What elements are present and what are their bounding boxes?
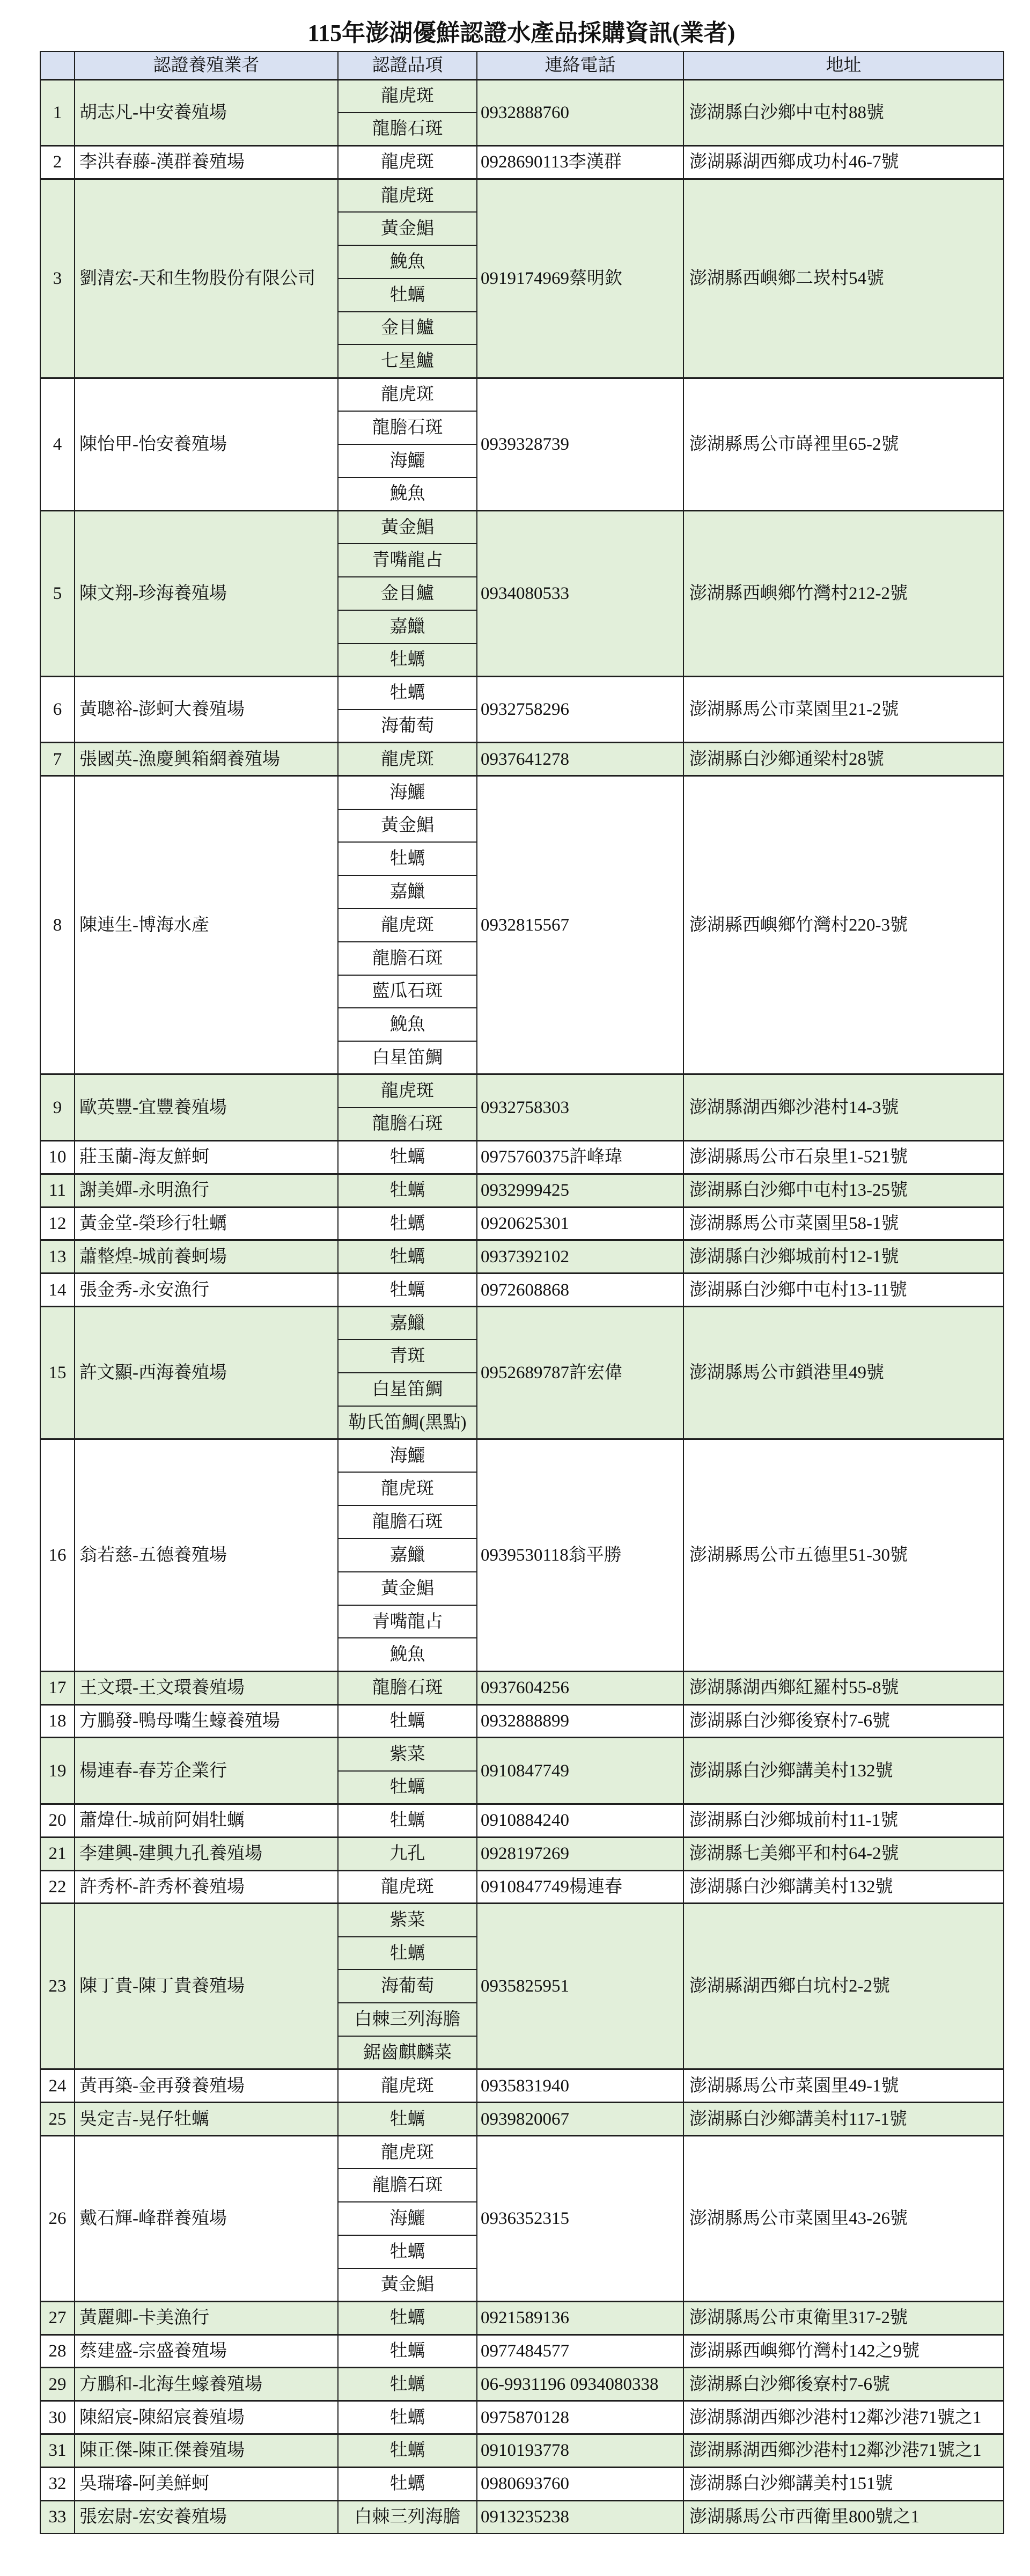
address: 澎湖縣白沙鄉城前村11-1號: [683, 1804, 1004, 1837]
address: 澎湖縣西嶼鄉竹灣村220-3號: [683, 776, 1004, 1074]
table-header: 認證養殖業者 認證品項 連絡電話 地址: [40, 52, 1004, 79]
row-number: 12: [40, 1207, 75, 1240]
table-row: 5陳文翔-珍海養殖場黃金鯧0934080533澎湖縣西嶼鄉竹灣村212-2號: [40, 510, 1004, 544]
table-row: 7張國英-漁慶興箱網養殖場龍虎斑0937641278澎湖縣白沙鄉通梁村28號: [40, 743, 1004, 776]
contact-phone: 0921589136: [477, 2301, 683, 2334]
table-row: 16翁若慈-五德養殖場海鱺0939530118翁平勝澎湖縣馬公市五德里51-30…: [40, 1439, 1004, 1473]
address: 澎湖縣湖西鄉沙港村14-3號: [683, 1074, 1004, 1141]
header-farmer: 認證養殖業者: [75, 52, 338, 79]
row-number: 24: [40, 2069, 75, 2103]
farmer-name: 許文顯-西海養殖場: [75, 1306, 338, 1439]
certified-item: 龍虎斑: [338, 743, 477, 776]
row-number: 4: [40, 378, 75, 510]
certified-item: 牡蠣: [338, 2401, 477, 2434]
contact-phone: 0934080533: [477, 510, 683, 676]
certified-item: 白棘三列海膽: [338, 2500, 477, 2534]
certified-item: 紫菜: [338, 1904, 477, 1937]
farmer-name: 陳怡甲-怡安養殖場: [75, 378, 338, 510]
certified-item: 白棘三列海膽: [338, 2003, 477, 2036]
table-row: 3劉清宏-天和生物股份有限公司龍虎斑0919174969蔡明欽澎湖縣西嶼鄉二崁村…: [40, 179, 1004, 212]
contact-phone: 0975760375許峰瑋: [477, 1141, 683, 1174]
certified-item: 金目鱸: [338, 577, 477, 610]
contact-phone: 0980693760: [477, 2467, 683, 2500]
farmer-name: 方鵬發-鴨母嘴生蠔養殖場: [75, 1704, 338, 1738]
address: 澎湖縣西嶼鄉竹灣村212-2號: [683, 510, 1004, 676]
table-row: 18方鵬發-鴨母嘴生蠔養殖場牡蠣0932888899澎湖縣白沙鄉後寮村7-6號: [40, 1704, 1004, 1738]
address: 澎湖縣白沙鄉中屯村13-11號: [683, 1274, 1004, 1307]
certified-item: 龍虎斑: [338, 79, 477, 113]
contact-phone: 0939820067: [477, 2103, 683, 2136]
certified-item: 牡蠣: [338, 1804, 477, 1837]
certified-item: 嘉鱲: [338, 875, 477, 909]
certified-item: 龍虎斑: [338, 378, 477, 411]
contact-phone: 0937604256: [477, 1671, 683, 1704]
contact-phone: 0932758303: [477, 1074, 683, 1141]
certified-item: 黃金鯧: [338, 510, 477, 544]
row-number: 6: [40, 676, 75, 743]
table-row: 29方鵬和-北海生蠔養殖場牡蠣06-9931196 0934080338澎湖縣白…: [40, 2368, 1004, 2401]
farmer-name: 陳紹宸-陳紹宸養殖場: [75, 2401, 338, 2434]
table-row: 24黃再築-金再發養殖場龍虎斑0935831940澎湖縣馬公市菜園里49-1號: [40, 2069, 1004, 2103]
address: 澎湖縣馬公市菜園里21-2號: [683, 676, 1004, 743]
farmer-name: 陳連生-博海水產: [75, 776, 338, 1074]
certified-item: 龍虎斑: [338, 2135, 477, 2169]
contact-phone: 0936352315: [477, 2135, 683, 2301]
certified-item: 牡蠣: [338, 2301, 477, 2334]
address: 澎湖縣七美鄉平和村64-2號: [683, 1837, 1004, 1870]
address: 澎湖縣白沙鄉講美村117-1號: [683, 2103, 1004, 2136]
certified-item: 龍膽石斑: [338, 113, 477, 146]
table-row: 28蔡建盛-宗盛養殖場牡蠣0977484577澎湖縣西嶼鄉竹灣村142之9號: [40, 2334, 1004, 2368]
table-row: 19楊連春-春芳企業行紫菜0910847749澎湖縣白沙鄉講美村132號: [40, 1738, 1004, 1771]
farmer-name: 翁若慈-五德養殖場: [75, 1439, 338, 1672]
farmer-name: 李建興-建興九孔養殖場: [75, 1837, 338, 1870]
page-title: 115年澎湖優鮮認證水產品採購資訊(業者): [40, 19, 1003, 47]
contact-phone: 0920625301: [477, 1207, 683, 1240]
certified-item: 牡蠣: [338, 842, 477, 875]
table-row: 13蕭整煌-城前養蚵場牡蠣0937392102澎湖縣白沙鄉城前村12-1號: [40, 1240, 1004, 1274]
certified-item: 藍瓜石斑: [338, 975, 477, 1008]
address: 澎湖縣湖西鄉沙港村12鄰沙港71號之1: [683, 2434, 1004, 2468]
farmer-name: 歐英豐-宜豐養殖場: [75, 1074, 338, 1141]
row-number: 20: [40, 1804, 75, 1837]
row-number: 14: [40, 1274, 75, 1307]
certified-item: 鮸魚: [338, 1008, 477, 1041]
table-row: 31陳正傑-陳正傑養殖場牡蠣0910193778澎湖縣湖西鄉沙港村12鄰沙港71…: [40, 2434, 1004, 2468]
table-row: 25吳定吉-晃仔牡蠣牡蠣0939820067澎湖縣白沙鄉講美村117-1號: [40, 2103, 1004, 2136]
certified-item: 海鱺: [338, 444, 477, 478]
certified-item: 牡蠣: [338, 2103, 477, 2136]
table-row: 2李洪春藤-漢群養殖場龍虎斑0928690113李漢群澎湖縣湖西鄉成功村46-7…: [40, 146, 1004, 179]
row-number: 7: [40, 743, 75, 776]
contact-phone: 0939530118翁平勝: [477, 1439, 683, 1672]
contact-phone: 0910847749楊連春: [477, 1870, 683, 1904]
row-number: 9: [40, 1074, 75, 1141]
table-row: 33張宏尉-宏安養殖場白棘三列海膽0913235238澎湖縣馬公市西衛里800號…: [40, 2500, 1004, 2534]
table-row: 30陳紹宸-陳紹宸養殖場牡蠣0975870128澎湖縣湖西鄉沙港村12鄰沙港71…: [40, 2401, 1004, 2434]
certified-item: 龍膽石斑: [338, 2169, 477, 2202]
table-row: 17王文環-王文環養殖場龍膽石斑0937604256澎湖縣湖西鄉紅羅村55-8號: [40, 1671, 1004, 1704]
farmer-name: 黃再築-金再發養殖場: [75, 2069, 338, 2103]
row-number: 18: [40, 1704, 75, 1738]
address: 澎湖縣白沙鄉後寮村7-6號: [683, 2368, 1004, 2401]
address: 澎湖縣馬公市五德里51-30號: [683, 1439, 1004, 1672]
certified-item: 牡蠣: [338, 2334, 477, 2368]
row-number: 17: [40, 1671, 75, 1704]
farmer-name: 楊連春-春芳企業行: [75, 1738, 338, 1804]
address: 澎湖縣馬公市西衛里800號之1: [683, 2500, 1004, 2534]
address: 澎湖縣白沙鄉城前村12-1號: [683, 1240, 1004, 1274]
address: 澎湖縣白沙鄉中屯村13-25號: [683, 1174, 1004, 1207]
contact-phone: 0932758296: [477, 676, 683, 743]
table-row: 15許文顯-西海養殖場嘉鱲0952689787許宏偉澎湖縣馬公市鎖港里49號: [40, 1306, 1004, 1340]
certified-item: 黃金鯧: [338, 1572, 477, 1605]
farmer-name: 黃麗卿-卡美漁行: [75, 2301, 338, 2334]
address: 澎湖縣西嶼鄉竹灣村142之9號: [683, 2334, 1004, 2368]
certified-item: 鮸魚: [338, 478, 477, 511]
certified-item: 嘉鱲: [338, 1306, 477, 1340]
row-number: 16: [40, 1439, 75, 1672]
certified-item: 牡蠣: [338, 2368, 477, 2401]
contact-phone: 0937392102: [477, 1240, 683, 1274]
contact-phone: 0937641278: [477, 743, 683, 776]
address: 澎湖縣湖西鄉白坑村2-2號: [683, 1904, 1004, 2069]
contact-phone: 0935831940: [477, 2069, 683, 2103]
row-number: 31: [40, 2434, 75, 2468]
certified-item: 牡蠣: [338, 1174, 477, 1207]
contact-phone: 0932888760: [477, 79, 683, 146]
row-number: 13: [40, 1240, 75, 1274]
address: 澎湖縣馬公市菜園里43-26號: [683, 2135, 1004, 2301]
certified-item: 黃金鯧: [338, 212, 477, 245]
farmer-name: 張宏尉-宏安養殖場: [75, 2500, 338, 2534]
farmer-name: 謝美嬋-永明漁行: [75, 1174, 338, 1207]
row-number: 15: [40, 1306, 75, 1439]
certified-item: 龍膽石斑: [338, 411, 477, 444]
farmer-name: 劉清宏-天和生物股份有限公司: [75, 179, 338, 378]
row-number: 28: [40, 2334, 75, 2368]
contact-phone: 0952689787許宏偉: [477, 1306, 683, 1439]
certified-item: 龍虎斑: [338, 1472, 477, 1505]
header-address: 地址: [683, 52, 1004, 79]
table-row: 4陳怡甲-怡安養殖場龍虎斑0939328739澎湖縣馬公市嵵裡里65-2號: [40, 378, 1004, 411]
certified-item: 牡蠣: [338, 1141, 477, 1174]
certified-item: 海鱺: [338, 776, 477, 809]
farmer-name: 蔡建盛-宗盛養殖場: [75, 2334, 338, 2368]
certified-item: 龍虎斑: [338, 909, 477, 942]
farmer-name: 吳定吉-晃仔牡蠣: [75, 2103, 338, 2136]
table-row: 8陳連生-博海水產海鱺0932815567澎湖縣西嶼鄉竹灣村220-3號: [40, 776, 1004, 809]
contact-phone: 0932815567: [477, 776, 683, 1074]
certified-item: 海葡萄: [338, 1970, 477, 2003]
address: 澎湖縣馬公市東衛里317-2號: [683, 2301, 1004, 2334]
row-number: 21: [40, 1837, 75, 1870]
certified-farmers-table: 認證養殖業者 認證品項 連絡電話 地址 1胡志凡-中安養殖場龍虎斑0932888…: [40, 51, 1004, 2534]
certified-item: 黃金鯧: [338, 809, 477, 843]
farmer-name: 吳瑞璿-阿美鮮蚵: [75, 2467, 338, 2500]
row-number: 10: [40, 1141, 75, 1174]
certified-item: 牡蠣: [338, 279, 477, 312]
certified-item: 牡蠣: [338, 2467, 477, 2500]
table-row: 22許秀杯-許秀杯養殖場龍虎斑0910847749楊連春澎湖縣白沙鄉講美村132…: [40, 1870, 1004, 1904]
certified-item: 牡蠣: [338, 643, 477, 677]
contact-phone: 0919174969蔡明欽: [477, 179, 683, 378]
farmer-name: 莊玉蘭-海友鮮蚵: [75, 1141, 338, 1174]
certified-item: 嘉鱲: [338, 610, 477, 643]
contact-phone: 0972608868: [477, 1274, 683, 1307]
certified-item: 龍膽石斑: [338, 942, 477, 975]
certified-item: 黃金鯧: [338, 2268, 477, 2302]
row-number: 8: [40, 776, 75, 1074]
farmer-name: 黃金堂-榮珍行牡蠣: [75, 1207, 338, 1240]
row-number: 1: [40, 79, 75, 146]
certified-item: 海鱺: [338, 1439, 477, 1473]
address: 澎湖縣湖西鄉紅羅村55-8號: [683, 1671, 1004, 1704]
certified-item: 白星笛鯛: [338, 1041, 477, 1074]
table-row: 23陳丁貴-陳丁貴養殖場紫菜0935825951澎湖縣湖西鄉白坑村2-2號: [40, 1904, 1004, 1937]
certified-item: 青嘴龍占: [338, 1605, 477, 1638]
table-body: 1胡志凡-中安養殖場龍虎斑0932888760澎湖縣白沙鄉中屯村88號龍膽石斑2…: [40, 79, 1004, 2534]
table-row: 20蕭煒仕-城前阿娟牡蠣牡蠣0910884240澎湖縣白沙鄉城前村11-1號: [40, 1804, 1004, 1837]
farmer-name: 戴石輝-峰群養殖場: [75, 2135, 338, 2301]
row-number: 11: [40, 1174, 75, 1207]
row-number: 19: [40, 1738, 75, 1804]
certified-item: 嘉鱲: [338, 1539, 477, 1572]
address: 澎湖縣馬公市鎖港里49號: [683, 1306, 1004, 1439]
table-row: 11謝美嬋-永明漁行牡蠣0932999425澎湖縣白沙鄉中屯村13-25號: [40, 1174, 1004, 1207]
table-row: 26戴石輝-峰群養殖場龍虎斑0936352315澎湖縣馬公市菜園里43-26號: [40, 2135, 1004, 2169]
certified-item: 白星笛鯛: [338, 1373, 477, 1406]
contact-phone: 0928690113李漢群: [477, 146, 683, 179]
contact-phone: 0977484577: [477, 2334, 683, 2368]
certified-item: 金目鱸: [338, 312, 477, 345]
address: 澎湖縣白沙鄉後寮村7-6號: [683, 1704, 1004, 1738]
certified-item: 紫菜: [338, 1738, 477, 1771]
certified-item: 龍膽石斑: [338, 1671, 477, 1704]
address: 澎湖縣白沙鄉講美村151號: [683, 2467, 1004, 2500]
certified-item: 青斑: [338, 1340, 477, 1373]
certified-item: 牡蠣: [338, 1207, 477, 1240]
address: 澎湖縣白沙鄉通梁村28號: [683, 743, 1004, 776]
contact-phone: 0932888899: [477, 1704, 683, 1738]
certified-item: 牡蠣: [338, 2235, 477, 2268]
contact-phone: 0910884240: [477, 1804, 683, 1837]
certified-item: 牡蠣: [338, 1274, 477, 1307]
farmer-name: 王文環-王文環養殖場: [75, 1671, 338, 1704]
address: 澎湖縣馬公市菜園里58-1號: [683, 1207, 1004, 1240]
row-number: 30: [40, 2401, 75, 2434]
row-number: 25: [40, 2103, 75, 2136]
contact-phone: 0932999425: [477, 1174, 683, 1207]
certified-item: 七星鱸: [338, 345, 477, 378]
table-row: 27黃麗卿-卡美漁行牡蠣0921589136澎湖縣馬公市東衛里317-2號: [40, 2301, 1004, 2334]
certified-item: 龍虎斑: [338, 1074, 477, 1108]
certified-item: 牡蠣: [338, 1240, 477, 1274]
farmer-name: 胡志凡-中安養殖場: [75, 79, 338, 146]
table-row: 10莊玉蘭-海友鮮蚵牡蠣0975760375許峰瑋澎湖縣馬公市石泉里1-521號: [40, 1141, 1004, 1174]
certified-item: 牡蠣: [338, 1771, 477, 1804]
certified-item: 海葡萄: [338, 709, 477, 743]
table-row: 14張金秀-永安漁行牡蠣0972608868澎湖縣白沙鄉中屯村13-11號: [40, 1274, 1004, 1307]
certified-item: 鮸魚: [338, 245, 477, 279]
certified-item: 牡蠣: [338, 1704, 477, 1738]
contact-phone: 0910847749: [477, 1738, 683, 1804]
certified-item: 九孔: [338, 1837, 477, 1870]
table-row: 12黃金堂-榮珍行牡蠣牡蠣0920625301澎湖縣馬公市菜園里58-1號: [40, 1207, 1004, 1240]
header-phone: 連絡電話: [477, 52, 683, 79]
row-number: 29: [40, 2368, 75, 2401]
certified-item: 龍虎斑: [338, 179, 477, 212]
table-row: 9歐英豐-宜豐養殖場龍虎斑0932758303澎湖縣湖西鄉沙港村14-3號: [40, 1074, 1004, 1108]
farmer-name: 張金秀-永安漁行: [75, 1274, 338, 1307]
row-number: 23: [40, 1904, 75, 2069]
certified-item: 勒氏笛鯛(黑點): [338, 1406, 477, 1439]
contact-phone: 06-9931196 0934080338: [477, 2368, 683, 2401]
table-row: 1胡志凡-中安養殖場龍虎斑0932888760澎湖縣白沙鄉中屯村88號: [40, 79, 1004, 113]
certified-item: 牡蠣: [338, 1937, 477, 1970]
row-number: 5: [40, 510, 75, 676]
farmer-name: 方鵬和-北海生蠔養殖場: [75, 2368, 338, 2401]
address: 澎湖縣白沙鄉中屯村88號: [683, 79, 1004, 146]
row-number: 33: [40, 2500, 75, 2534]
header-row: 認證養殖業者 認證品項 連絡電話 地址: [40, 52, 1004, 79]
row-number: 3: [40, 179, 75, 378]
address: 澎湖縣白沙鄉講美村132號: [683, 1870, 1004, 1904]
certified-item: 龍虎斑: [338, 2069, 477, 2103]
table-row: 32吳瑞璿-阿美鮮蚵牡蠣0980693760澎湖縣白沙鄉講美村151號: [40, 2467, 1004, 2500]
row-number: 26: [40, 2135, 75, 2301]
certified-item: 龍膽石斑: [338, 1108, 477, 1141]
certified-item: 龍膽石斑: [338, 1505, 477, 1539]
address: 澎湖縣西嶼鄉二崁村54號: [683, 179, 1004, 378]
address: 澎湖縣馬公市石泉里1-521號: [683, 1141, 1004, 1174]
contact-phone: 0910193778: [477, 2434, 683, 2468]
farmer-name: 黃聰裕-澎蚵大養殖場: [75, 676, 338, 743]
contact-phone: 0975870128: [477, 2401, 683, 2434]
certified-item: 青嘴龍占: [338, 544, 477, 577]
address: 澎湖縣白沙鄉講美村132號: [683, 1738, 1004, 1804]
row-number: 22: [40, 1870, 75, 1904]
certified-item: 龍虎斑: [338, 1870, 477, 1904]
farmer-name: 張國英-漁慶興箱網養殖場: [75, 743, 338, 776]
header-items: 認證品項: [338, 52, 477, 79]
certified-item: 牡蠣: [338, 2434, 477, 2468]
row-number: 27: [40, 2301, 75, 2334]
farmer-name: 蕭整煌-城前養蚵場: [75, 1240, 338, 1274]
farmer-name: 陳丁貴-陳丁貴養殖場: [75, 1904, 338, 2069]
table-row: 21李建興-建興九孔養殖場九孔0928197269澎湖縣七美鄉平和村64-2號: [40, 1837, 1004, 1870]
farmer-name: 李洪春藤-漢群養殖場: [75, 146, 338, 179]
address: 澎湖縣湖西鄉沙港村12鄰沙港71號之1: [683, 2401, 1004, 2434]
certified-item: 鋸齒麒麟菜: [338, 2036, 477, 2069]
farmer-name: 許秀杯-許秀杯養殖場: [75, 1870, 338, 1904]
header-index: [40, 52, 75, 79]
row-number: 2: [40, 146, 75, 179]
address: 澎湖縣馬公市嵵裡里65-2號: [683, 378, 1004, 510]
table-row: 6黃聰裕-澎蚵大養殖場牡蠣0932758296澎湖縣馬公市菜園里21-2號: [40, 676, 1004, 709]
farmer-name: 蕭煒仕-城前阿娟牡蠣: [75, 1804, 338, 1837]
contact-phone: 0913235238: [477, 2500, 683, 2534]
address: 澎湖縣馬公市菜園里49-1號: [683, 2069, 1004, 2103]
certified-item: 鮸魚: [338, 1638, 477, 1671]
farmer-name: 陳正傑-陳正傑養殖場: [75, 2434, 338, 2468]
row-number: 32: [40, 2467, 75, 2500]
address: 澎湖縣湖西鄉成功村46-7號: [683, 146, 1004, 179]
contact-phone: 0939328739: [477, 378, 683, 510]
contact-phone: 0928197269: [477, 1837, 683, 1870]
certified-item: 牡蠣: [338, 676, 477, 709]
contact-phone: 0935825951: [477, 1904, 683, 2069]
certified-item: 海鱺: [338, 2202, 477, 2235]
farmer-name: 陳文翔-珍海養殖場: [75, 510, 338, 676]
certified-item: 龍虎斑: [338, 146, 477, 179]
